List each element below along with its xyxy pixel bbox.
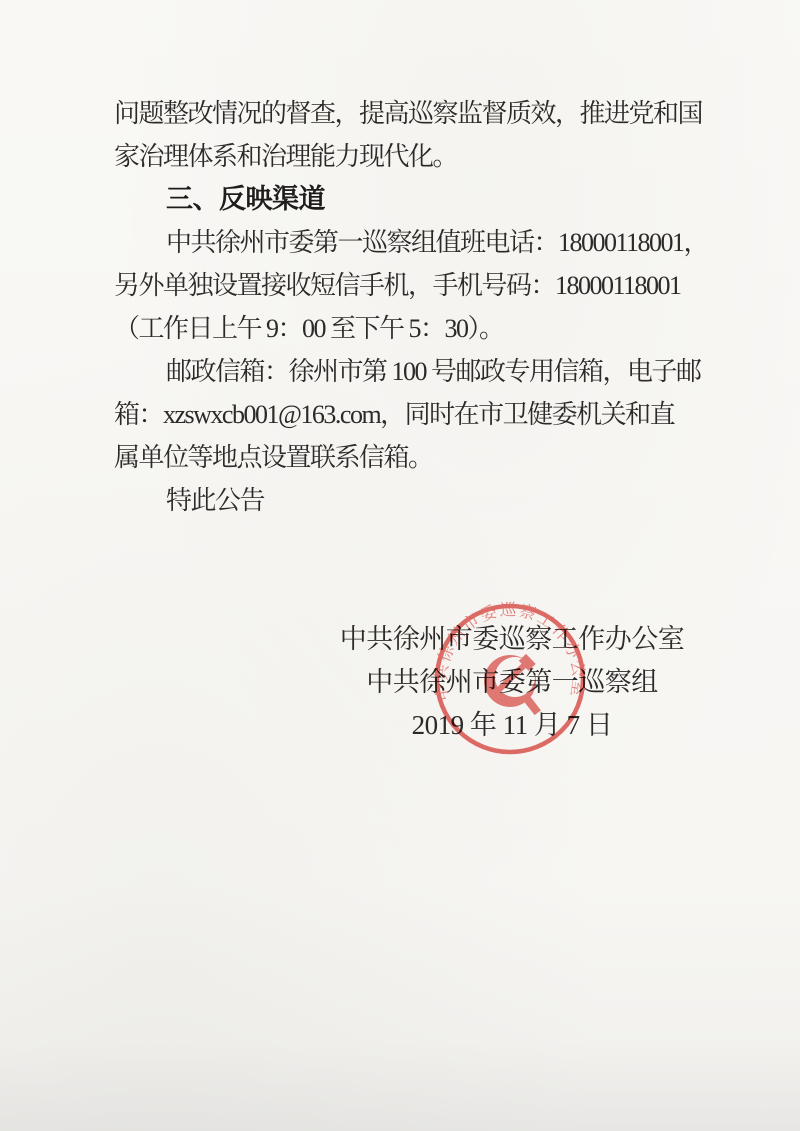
signature-office: 中共徐州市委巡察工作办公室 xyxy=(312,618,712,661)
signature-block: 中共徐州市委巡察工作办公室 中共徐州市委第一巡察组 2019 年 11 月 7 … xyxy=(312,618,712,747)
text-line: （工作日上午 9：00 至下午 5：30）。 xyxy=(114,307,714,350)
text-line: 中共徐州市委第一巡察组值班电话：18000118001， xyxy=(114,221,714,264)
text-line: 问题整改情况的督查，提高巡察监督质效，推进党和国 xyxy=(114,92,714,135)
body-paragraph: 中共徐州市委第一巡察组值班电话：18000118001， 另外单独设置接收短信手… xyxy=(114,221,714,350)
closing-phrase: 特此公告 xyxy=(114,479,714,522)
text-line: 另外单独设置接收短信手机，手机号码：18000118001 xyxy=(114,264,714,307)
document-body: 问题整改情况的督查，提高巡察监督质效，推进党和国 家治理体系和治理能力现代化。 … xyxy=(114,92,714,522)
body-paragraph: 问题整改情况的督查，提高巡察监督质效，推进党和国 家治理体系和治理能力现代化。 xyxy=(114,92,714,178)
body-paragraph: 邮政信箱：徐州市第 100 号邮政专用信箱，电子邮 箱：xzswxcb001@1… xyxy=(114,350,714,479)
text-line: 家治理体系和治理能力现代化。 xyxy=(114,135,714,178)
text-line: 箱：xzswxcb001@163.com，同时在市卫健委机关和直 xyxy=(114,393,714,436)
signature-group: 中共徐州市委第一巡察组 xyxy=(312,661,712,704)
signature-date: 2019 年 11 月 7 日 xyxy=(312,704,712,747)
document-page: 问题整改情况的督查，提高巡察监督质效，推进党和国 家治理体系和治理能力现代化。 … xyxy=(0,0,800,1131)
text-line: 属单位等地点设置联系信箱。 xyxy=(114,436,714,479)
text-line: 邮政信箱：徐州市第 100 号邮政专用信箱，电子邮 xyxy=(114,350,714,393)
section-heading: 三、反映渠道 xyxy=(114,178,714,221)
